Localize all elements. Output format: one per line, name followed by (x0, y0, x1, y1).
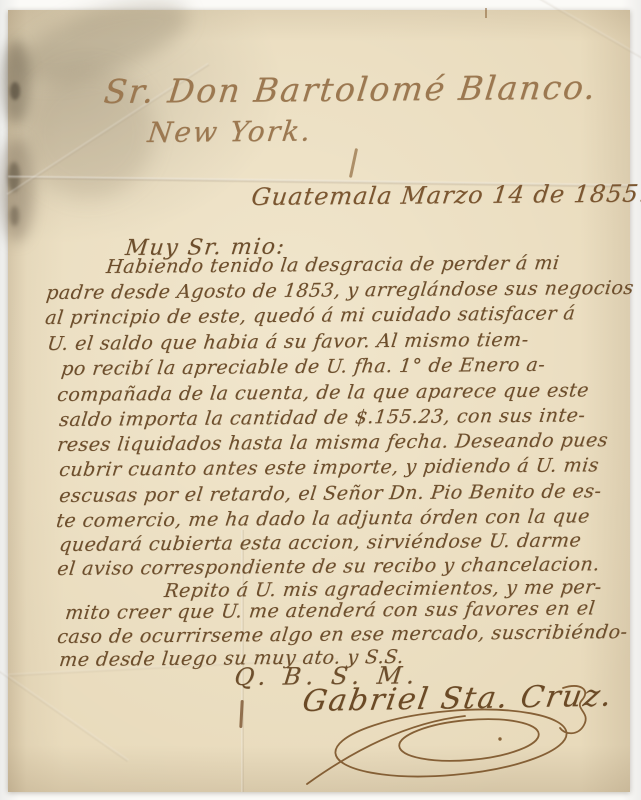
stray-ink-mark (349, 148, 358, 178)
letter-line: caso de ocurrirseme algo en ese mercado,… (56, 621, 629, 648)
stray-ink-mark (239, 700, 243, 728)
ink-spot (8, 162, 20, 192)
letter-line: cubrir cuanto antes este importe, y pidi… (58, 454, 600, 481)
recipient-city: New York. (146, 115, 314, 149)
letter-line: U. el saldo que habia á su favor. Al mis… (46, 329, 530, 355)
scan-background: Sr. Don Bartolomé Blanco. New York. Guat… (0, 0, 641, 800)
letter-line: quedará cubierta esta accion, sirviéndos… (58, 529, 583, 556)
left-edge-stain (2, 40, 30, 124)
recipient-name: Sr. Don Bartolomé Blanco. (102, 68, 599, 111)
letter-line: reses liquidados hasta la misma fecha. D… (56, 429, 609, 456)
letter-line: al principio de este, quedó á mi cuidado… (44, 302, 577, 329)
letter-line: saldo importa la cantidad de $.155.23, c… (58, 404, 587, 431)
left-edge-stain (0, 138, 34, 242)
letter-line: te comercio, me ha dado la adjunta órden… (55, 505, 591, 532)
letter-line: compañada de la cuenta, de la que aparec… (56, 379, 590, 406)
stray-ink-mark (485, 8, 487, 18)
signature-flourish (293, 682, 603, 790)
letter-paper: Sr. Don Bartolomé Blanco. New York. Guat… (8, 10, 630, 792)
ink-spot (10, 206, 19, 226)
letter-line: po recibí la apreciable de U. fha. 1° de… (60, 354, 547, 380)
corner-crease (531, 0, 641, 63)
dateline: Guatemala Marzo 14 de 1855. (250, 180, 641, 211)
corner-crease (0, 665, 129, 762)
letter-line: Habiendo tenido la desgracia de perder á… (105, 252, 561, 278)
letter-line: mito creer que U. me atenderá con sus fa… (64, 597, 596, 624)
letter-line: padre desde Agosto de 1853, y arreglándo… (45, 277, 635, 304)
letter-line: escusas por el retardo, el Señor Dn. Pio… (58, 480, 603, 507)
ink-spot (10, 82, 20, 100)
